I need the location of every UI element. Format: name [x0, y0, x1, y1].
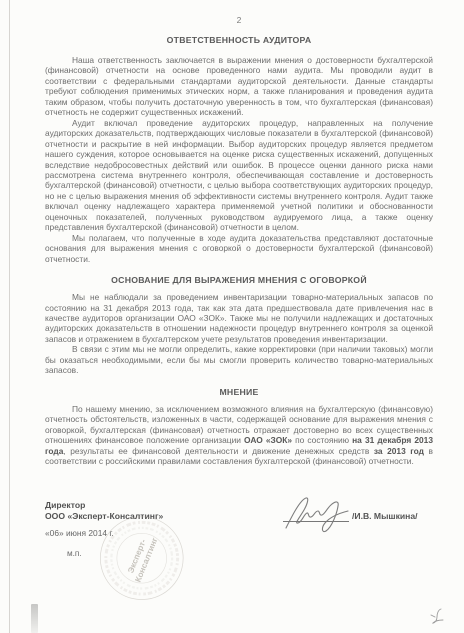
document-body: 2 ОТВЕТСТВЕННОСТЬ АУДИТОРА Наша ответств… [45, 15, 433, 466]
section-heading-basis-for-qualified-opinion: ОСНОВАНИЕ ДЛЯ ВЫРАЖЕНИЯ МНЕНИЯ С ОГОВОРК… [45, 275, 433, 285]
handwritten-paraph-mark [427, 606, 449, 626]
company-round-stamp: Эксперт- Консалтинг [92, 514, 192, 606]
section-heading-opinion: МНЕНИЕ [45, 387, 433, 397]
signer-name: /И.В. Мышкина/ [352, 511, 418, 521]
director-title: Директор [45, 500, 163, 511]
opinion-text: по состоянию [292, 435, 352, 445]
opinion-company-bold: ОАО «ЗОК» [244, 435, 292, 445]
opinion-year-bold: за 2013 год [374, 446, 424, 456]
paragraph: Наша ответственность заключается в выраж… [45, 55, 433, 118]
paragraph: Мы полагаем, что полученные в ходе аудит… [45, 233, 433, 264]
paragraph-opinion: По нашему мнению, за исключением возможн… [45, 404, 433, 467]
paragraph: Мы не наблюдали за проведением инвентари… [45, 292, 433, 344]
scanned-audit-report-page: 2 ОТВЕТСТВЕННОСТЬ АУДИТОРА Наша ответств… [0, 0, 464, 633]
paragraph: В связи с этим мы не могли определить, к… [45, 344, 433, 375]
signature-line [283, 521, 349, 522]
seal-place-label: м.п. [67, 549, 82, 558]
section-heading-auditor-responsibility: ОТВЕТСТВЕННОСТЬ АУДИТОРА [45, 35, 433, 45]
page-number: 2 [45, 15, 433, 25]
paragraph: Аудит включал проведение аудиторских про… [45, 118, 433, 233]
scan-edge-artifact [9, 0, 10, 633]
scan-smudge-artifact [31, 604, 38, 633]
opinion-text: , результаты ее финансовой деятельности … [63, 446, 373, 456]
handwritten-signature [280, 494, 354, 534]
